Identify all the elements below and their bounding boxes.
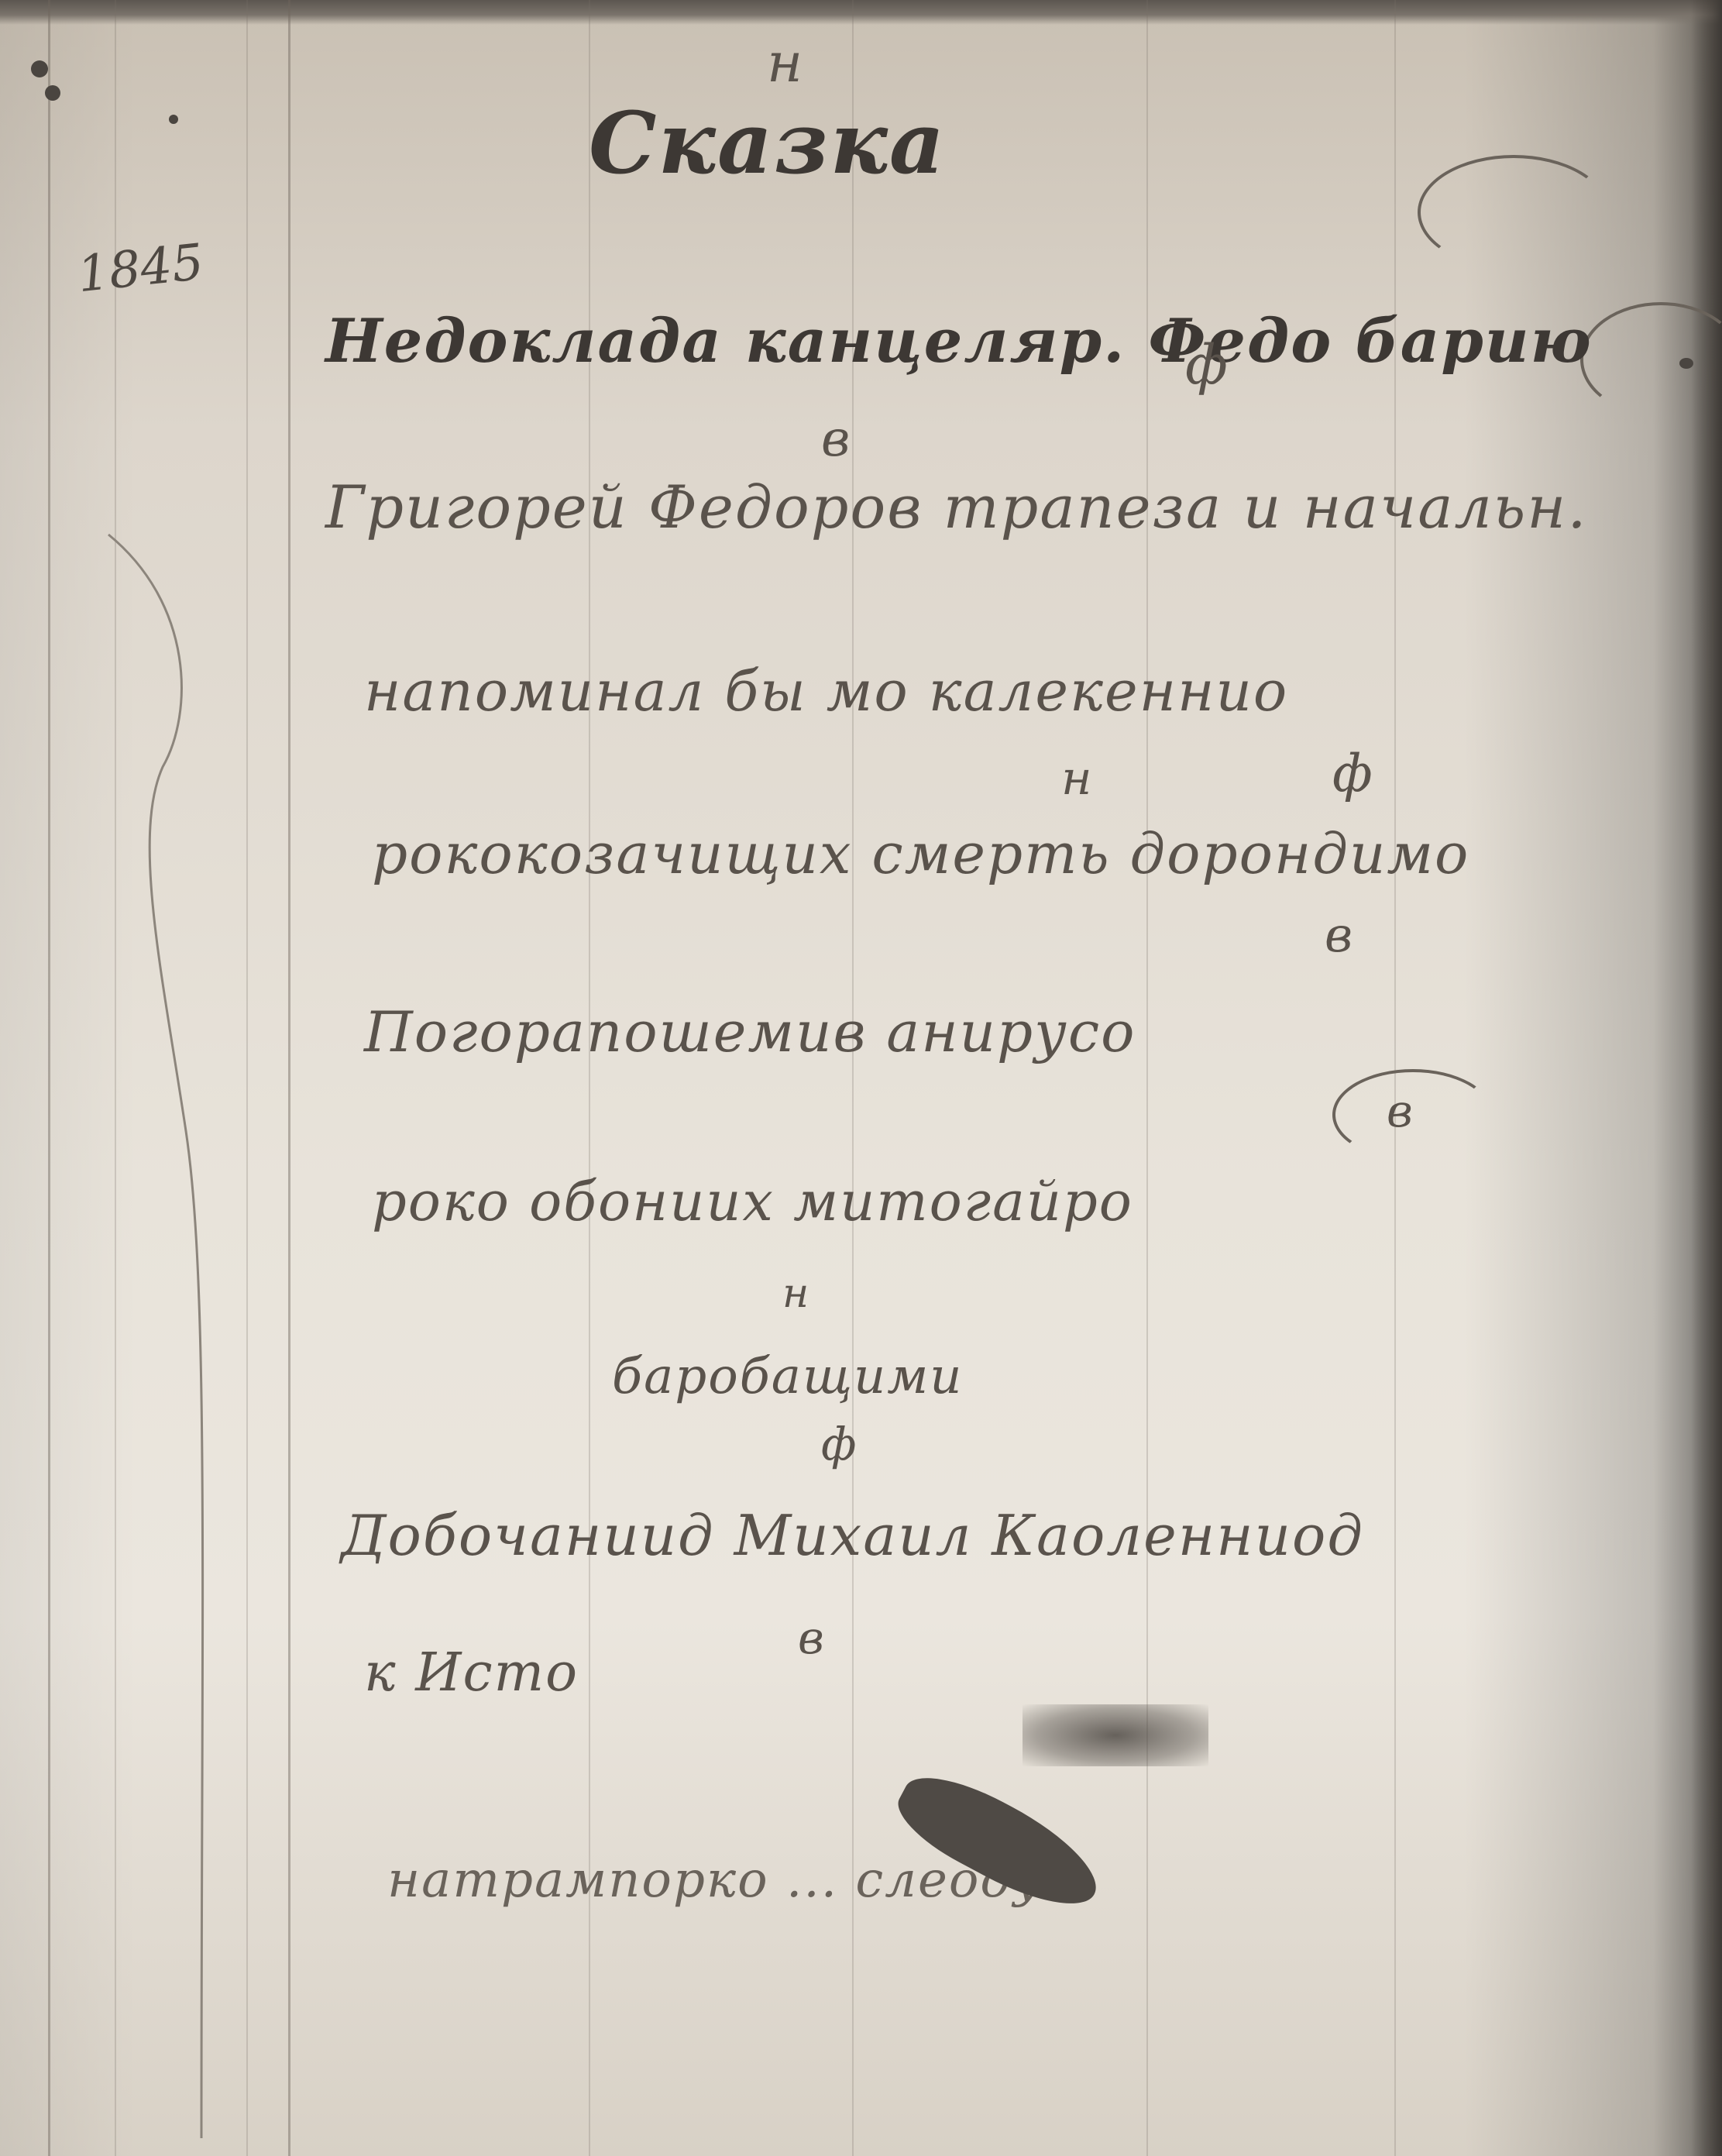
manuscript-line: рококозачищих смерть дорондимо bbox=[372, 821, 1469, 886]
margin-curve bbox=[101, 511, 256, 2154]
heading-superscript: н bbox=[767, 31, 803, 95]
superscript-letter: в bbox=[1387, 1085, 1413, 1137]
manuscript-line: баробащими bbox=[612, 1348, 964, 1405]
flourish bbox=[1580, 302, 1722, 417]
margin-ruling bbox=[48, 0, 50, 2156]
manuscript-line: к Исто bbox=[364, 1642, 579, 1704]
page-top-edge bbox=[0, 0, 1722, 25]
flourish bbox=[1418, 155, 1610, 270]
superscript-letter: в bbox=[798, 1611, 824, 1664]
superscript-letter: н bbox=[1061, 751, 1092, 806]
superscript-letter: ф bbox=[1332, 744, 1373, 803]
manuscript-line: роко обониих митогайро bbox=[372, 1170, 1133, 1233]
superscript-letter: ф bbox=[821, 1418, 856, 1470]
margin-year: 1845 bbox=[75, 234, 207, 304]
manuscript-line: Григорей Федоров трапеза и начальн. bbox=[325, 473, 1588, 542]
manuscript-line: Недоклада канцеляр. Федо барию bbox=[325, 306, 1593, 377]
margin-ruling bbox=[288, 0, 290, 2156]
ink-seal-mark bbox=[1023, 1704, 1208, 1766]
superscript-letter: ф bbox=[1185, 333, 1228, 397]
superscript-letter: в bbox=[821, 411, 850, 468]
ink-blot bbox=[169, 115, 178, 124]
manuscript-line: Погорапошемив анирусо bbox=[364, 999, 1136, 1064]
flourish bbox=[1332, 1069, 1493, 1161]
ink-blot bbox=[31, 60, 48, 77]
manuscript-line: Добочаниид Михаил Каоленниод bbox=[341, 1503, 1364, 1568]
ink-blot bbox=[45, 85, 60, 101]
manuscript-page: 1845 Сказка н Недоклада канцеляр. Федо б… bbox=[0, 0, 1722, 2156]
superscript-letter: в bbox=[1325, 906, 1353, 963]
heading: Сказка bbox=[589, 93, 946, 193]
superscript-letter: н bbox=[782, 1271, 809, 1317]
manuscript-line: напоминал бы мо калекеннио bbox=[364, 658, 1288, 724]
